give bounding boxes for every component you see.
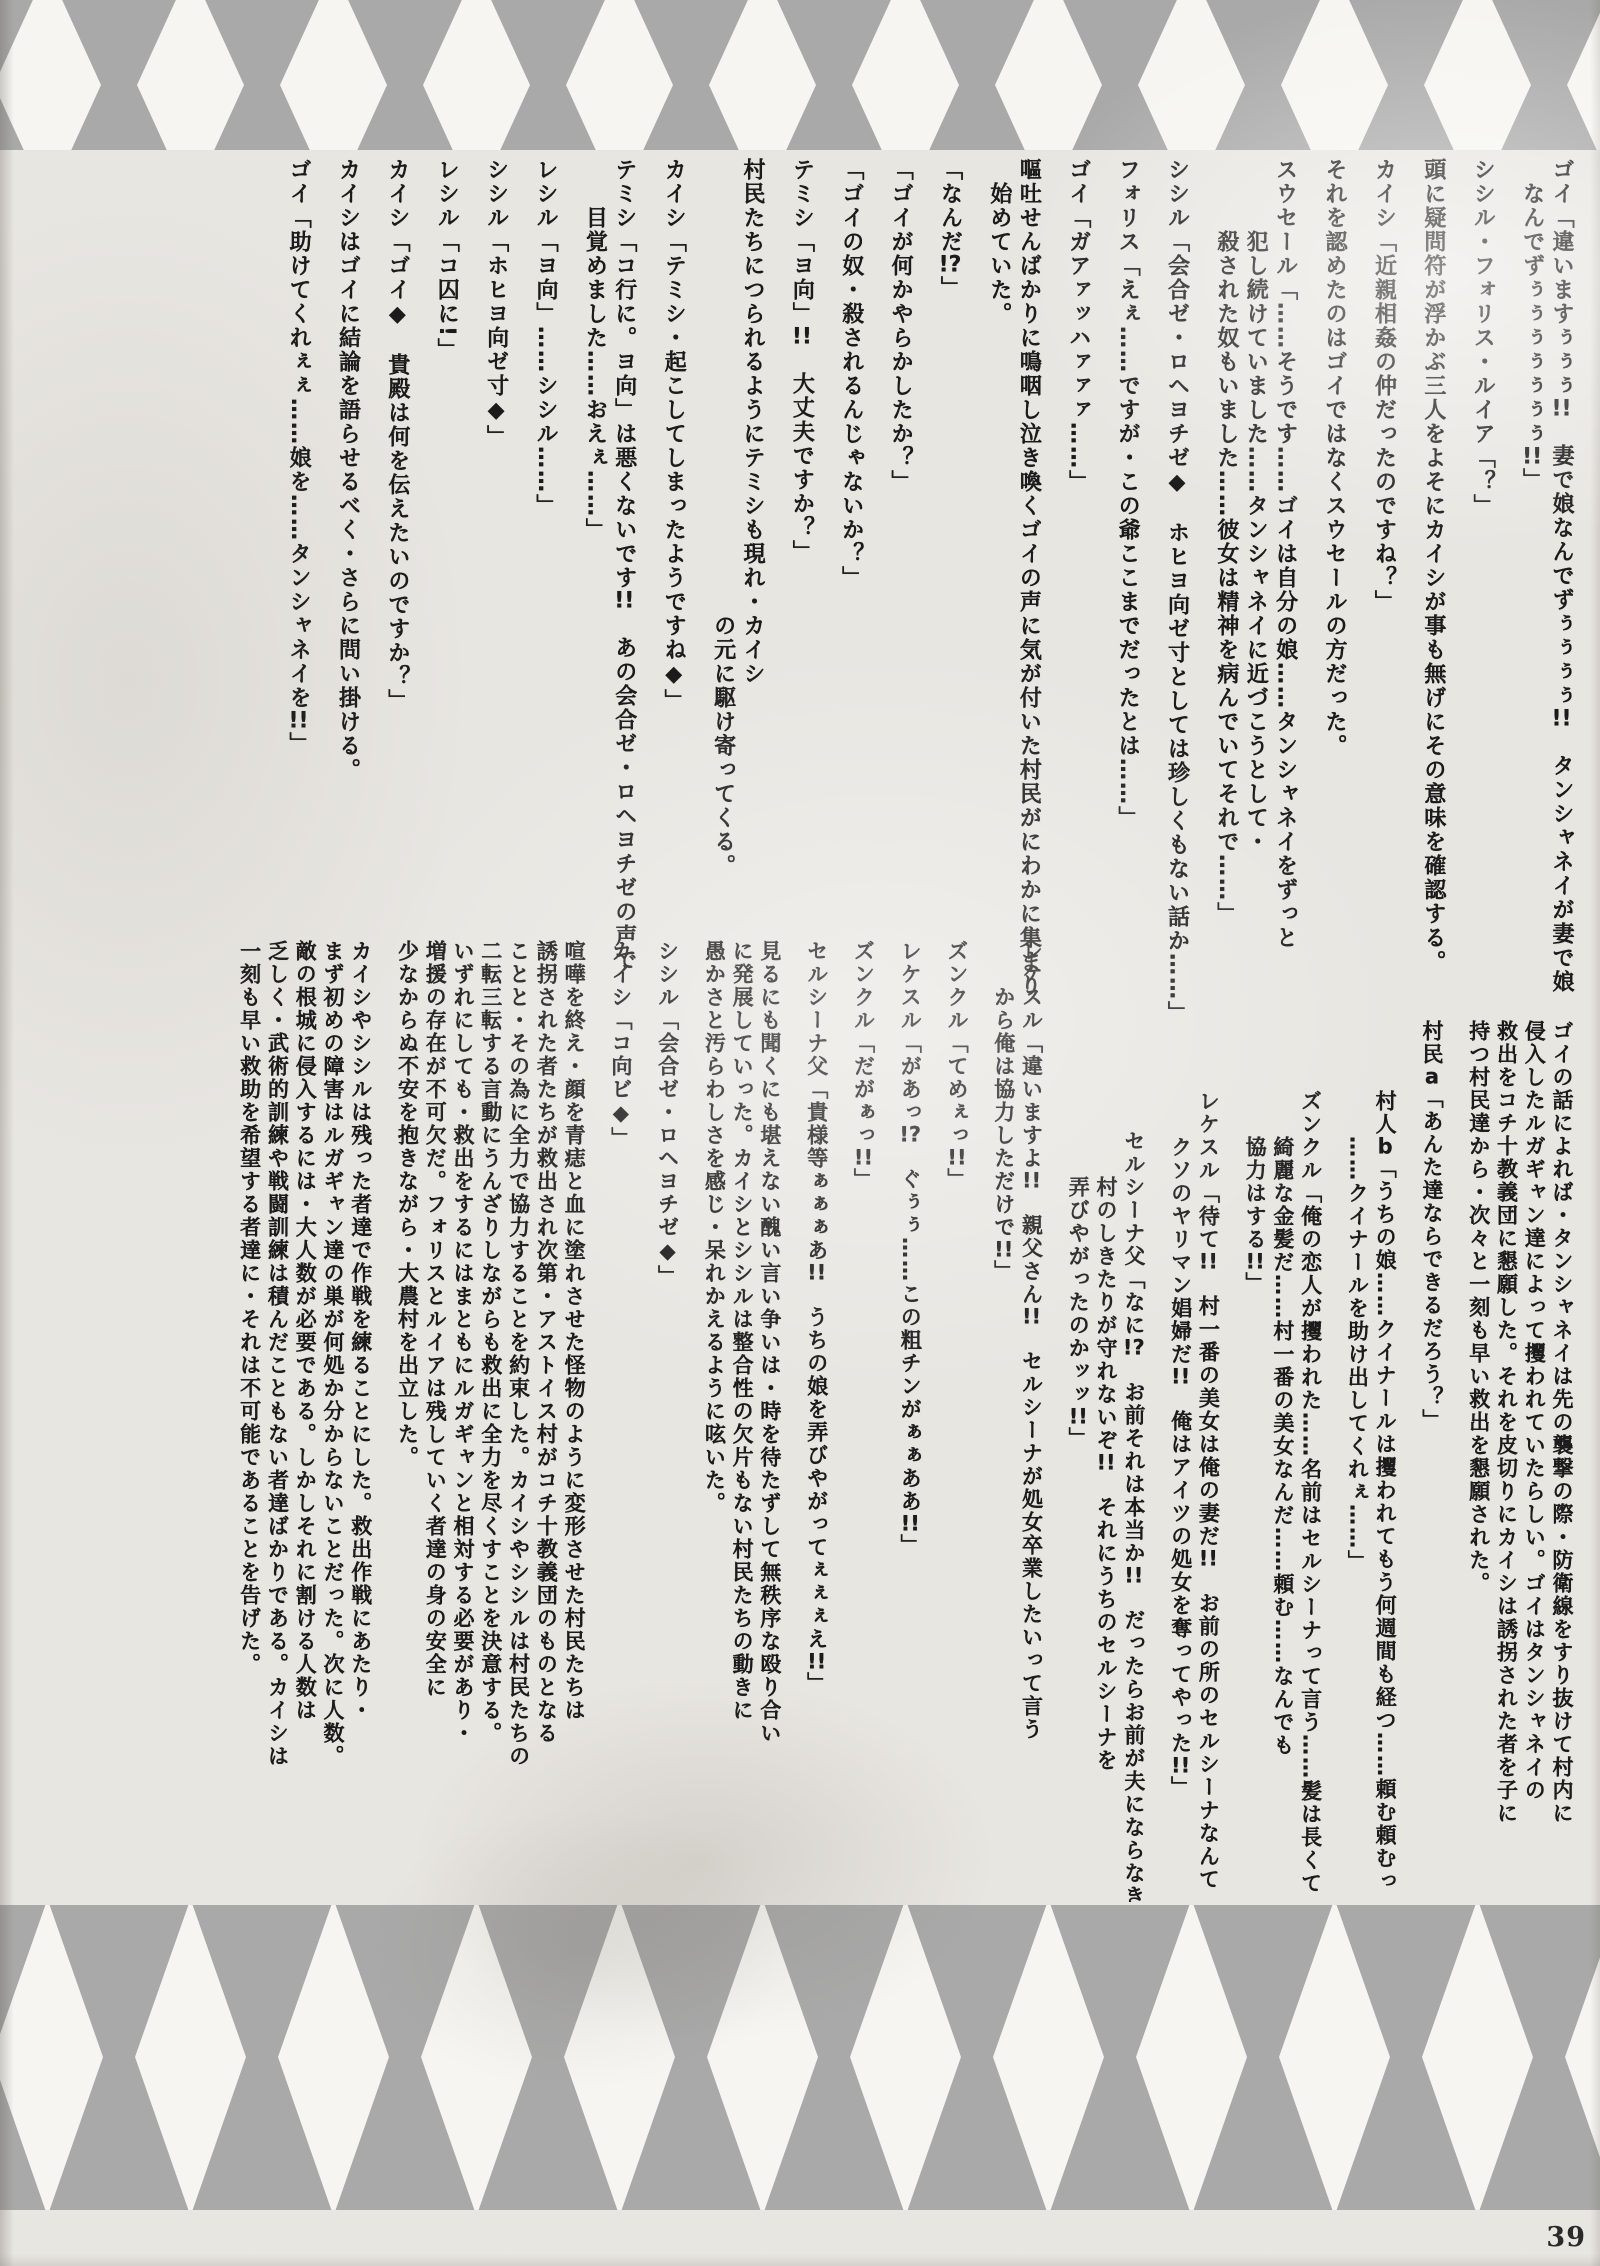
tatechuyoko: !! [1066, 1406, 1090, 1427]
text-column: 村人b「うちの娘……クイナールは攫われてもう何週間も経つ……頼む頼むっ [1372, 1090, 1397, 1893]
text-column: 協力はする!!」 [1242, 1136, 1267, 1295]
tatechuyoko: !! [1549, 398, 1574, 420]
text-column: 増援の存在が不可欠だ。フォリスとルイアは残していく者達の身の安全に [423, 940, 448, 1699]
text-column: レシル「ヨ向」……シシル……」 [532, 158, 558, 518]
text-column: スウセール「……そうです……ゴイは自分の娘……タンシャネイをずっと [1271, 158, 1297, 950]
text-column: ことと・その為に全力で協力することを約束した。カイシやシシルは村民たちの [506, 940, 531, 1768]
diamond-border-bottom [0, 1905, 1600, 2210]
text-column: レシル「コ囚に!」 [433, 158, 459, 362]
text-column: 見るにも聞くにも堪えない醜い言い争いは・時を待たずして無秩序な殴り合い [757, 940, 782, 1745]
tatechuyoko: !! [1196, 1548, 1220, 1569]
tatechuyoko: !! [805, 1262, 829, 1283]
text-column: 二転三転する言動にうんざりしながらも救出に全力を尽くすことを決意する。 [478, 940, 503, 1745]
text-column: 少なからぬ不安を抱きながら・大農村を出立した。 [395, 940, 420, 1469]
tatechuyoko: !! [898, 1513, 922, 1534]
text-column: に発展していった。カイシとシシルは整合性の欠片もない村民たちの動きに [729, 940, 754, 1722]
text-column: カイシ「テミシ・起こしてしまったようですね◆」 [660, 158, 686, 713]
tatechuyoko: !! [1196, 1251, 1220, 1272]
text-column: レケスル「待て!! 村一番の美女は俺の妻だ!! お前の所のセルシーナなんて [1196, 1090, 1221, 1891]
text-column: ゴイ「違いますぅぅぅ!! 妻で娘なんでずぅぅぅぅ!! タンシャネイが妻で娘 [1548, 158, 1574, 994]
text-column: なんでずぅぅぅぅぅぅぅ!!」 [1518, 182, 1544, 492]
text-column: 一刻も早い救助を希望する者達に・それは不可能であることを告げた。 [237, 940, 262, 1676]
tatechuyoko: !! [851, 1147, 875, 1168]
text-column: ズンクル「俺の恋人が攫われた……名前はセルシーナって言う……髪は長くて [1298, 1090, 1323, 1895]
text-column: 犯し続けていました……タンシャネイに近づこうとして・ [1242, 230, 1268, 854]
text-column: ゴイの話によれば・タンシャネイは先の襲撃の際・防衛線をすり抜けて村内に [1549, 1020, 1574, 1825]
text-column: 乏しく・武術的訓練や戦闘訓練は積んだこともない者達ばかりである。カイシは [265, 940, 290, 1768]
tatechuyoko: !! [1122, 1565, 1146, 1586]
text-column: カイシ「ゴイ◆ 貴殿は何を伝えたいのですか？」 [383, 158, 409, 713]
tatechuyoko: !? [1122, 1337, 1146, 1358]
tatechuyoko: !! [612, 590, 637, 612]
scanned-novel-page: ゴイ「違いますぅぅぅ!! 妻で娘なんでずぅぅぅぅ!! タンシャネイが妻で娘なんで… [0, 0, 1600, 2266]
text-column: セルシーナ父「なに!? お前それは本当か!! だったらお前が夫にならなきゃ・ [1121, 1130, 1146, 1902]
text-column: いずれにしても・救出をするにはまともにルガギャンと相対する必要があり・ [450, 940, 475, 1745]
tatechuyoko: !! [1094, 1452, 1118, 1473]
tatechuyoko: !! [286, 710, 311, 732]
tatechuyoko: !! [789, 326, 814, 348]
text-column: シシル・フォリス・ルイア「？」 [1469, 158, 1495, 518]
text-column: それを認めたのはゴイではなくスウセールの方だった。 [1321, 158, 1347, 758]
text-column: 持つ村民達から・次々と一刻も早い救出を懇願された。 [1466, 1020, 1491, 1595]
text-column: シシル「ホヒヨ向ゼ寸◆」 [482, 158, 508, 449]
tatechuyoko: a [1420, 1066, 1444, 1087]
tatechuyoko: !! [1169, 1366, 1193, 1387]
text-column: テミシ「コ行に。ヨ向」は悪くないです!! あの会合ゼ・ロヘヨチゼの声で [610, 158, 636, 972]
text-column: 「なんだ!?」 [936, 158, 962, 300]
text-column: ゴイ「ガアァッハァァァ……」 [1064, 158, 1090, 494]
tatechuyoko: !! [945, 1147, 969, 1168]
text-column: レケスル「違いますよ!! 親父さん!! セルシーナが処女卒業したいって言う [1019, 940, 1044, 1741]
tatechuyoko: !! [805, 1651, 829, 1672]
text-column: 村民a「あんた達ならできるだろう？」 [1419, 1020, 1444, 1432]
tatechuyoko: !! [1020, 1170, 1044, 1191]
text-column: セルシーナ父「貴様等ぁぁぁあ!! うちの娘を弄びやがってぇぇぇえ!!」 [804, 940, 829, 1695]
text-column: の元に駆け寄ってくる。 [709, 614, 735, 878]
text-column: カイシはゴイに結論を語らせるべく・さらに問い掛ける。 [334, 158, 360, 782]
text-column: 綺麗な金髪だ……村一番の美女なんだ……頼む……なんでも [1270, 1136, 1295, 1757]
text-column: 救出をコチ十教義団に懇願した。それを皮切りにカイシは誘拐された者を子に [1494, 1020, 1519, 1825]
tatechuyoko: !! [1020, 1306, 1044, 1327]
text-column: 嘔吐せんばかりに鳴咽し泣き喚くゴイの声に気が付いた村民がにわかに集まり [1015, 158, 1041, 998]
tatechuyoko: !! [1520, 446, 1545, 468]
text-column: まず初めの障害はルガギャン達の巣が何処か分からないことだった。次に人数。 [320, 940, 345, 1768]
text-column: 愚かさと汚らわしさを感じ・呆れかえるように呟いた。 [702, 940, 727, 1515]
text-column: ゴイ「助けてくれぇぇ……娘を……タンシャネイを!!」 [285, 158, 311, 756]
text-column: シシル「会合ゼ・ロヘヨチゼ◆」 [655, 940, 680, 1288]
text-column: 目覚めました……おえぇ……」 [581, 206, 607, 542]
text-column: 村民たちにつられるようにテミシも現れ・カイシ [739, 158, 765, 686]
tatechuyoko: !! [1169, 1755, 1193, 1776]
text-column: カイシやシシルは残った者達で作戦を練ることにした。救出作戦にあたり・ [348, 940, 373, 1722]
tatechuyoko: b [1373, 1136, 1397, 1157]
tatechuyoko: !? [898, 1124, 922, 1145]
text-column: クソのヤリマン娼婦だ!! 俺はアイツの処女を奪ってやった!!」 [1168, 1136, 1193, 1799]
text-column: カイシ「近親相姦の仲だったのですね？」 [1370, 158, 1396, 614]
text-column: 始めていた。 [986, 182, 1012, 326]
text-column: ……クイナールを助け出してくれぇ……」 [1345, 1136, 1370, 1573]
text-column: 頭に疑問符が浮かぶ三人をよそにカイシが事も無げにその意味を確認する。 [1419, 158, 1445, 974]
lower-text-block: ゴイの話によれば・タンシャネイは先の襲撃の際・防衛線をすり抜けて村内に侵入したル… [16, 890, 1574, 1902]
text-column: テミシ「ヨ向」!! 大丈夫ですか？」 [788, 158, 814, 564]
text-column: ズンクル「だがぁっ!!」 [851, 940, 876, 1191]
text-column: 殺された奴もいました……彼女は精神を病んでいてそれで……」 [1212, 230, 1238, 926]
text-column: 弄びやがったのかッッ!!」 [1066, 1176, 1091, 1450]
diamond-border-top [0, 0, 1600, 150]
text-column: 喧嘩を終え・顔を青痣と血に塗れさせた怪物のように変形させた村民たちは [561, 940, 586, 1722]
text-column: 村のしきたりが守れないぞ!! それにうちのセルシーナを [1093, 1176, 1118, 1772]
text-column: 侵入したルガギャン達によって攫われていたらしい。ゴイはタンシャネイの [1521, 1020, 1546, 1802]
page-number: 39 [1546, 2222, 1586, 2253]
tatechuyoko: !? [938, 254, 963, 276]
tatechuyoko: !! [1549, 708, 1574, 730]
text-column: 誘拐された者たちが救出され次第・アストイス村がコチ十教義団のものとなる [534, 940, 559, 1745]
text-column: ズンクル「てめぇっ!!」 [944, 940, 969, 1191]
text-column: カイシ「コ向ビ◆」 [608, 940, 633, 1150]
tatechuyoko: !! [992, 1239, 1016, 1260]
text-column: 「ゴイが何かやらかしたか？」 [887, 158, 913, 494]
text-column: から俺は協力しただけで!!」 [991, 986, 1016, 1283]
text-column: 敵の根城に侵入するには・大人数が必要である。しかしそれに割ける人数は [292, 940, 317, 1722]
text-column: 「ゴイの奴・殺されるんじゃないか？」 [837, 158, 863, 590]
tatechuyoko: !! [1243, 1251, 1267, 1272]
text-column: フォリス「えぇ……ですが・この爺ここまでだったとは……」 [1114, 158, 1140, 830]
text-column: レケスル「があっ!? ぐぅぅ……この粗チンがぁぁああ!!」 [897, 940, 922, 1557]
